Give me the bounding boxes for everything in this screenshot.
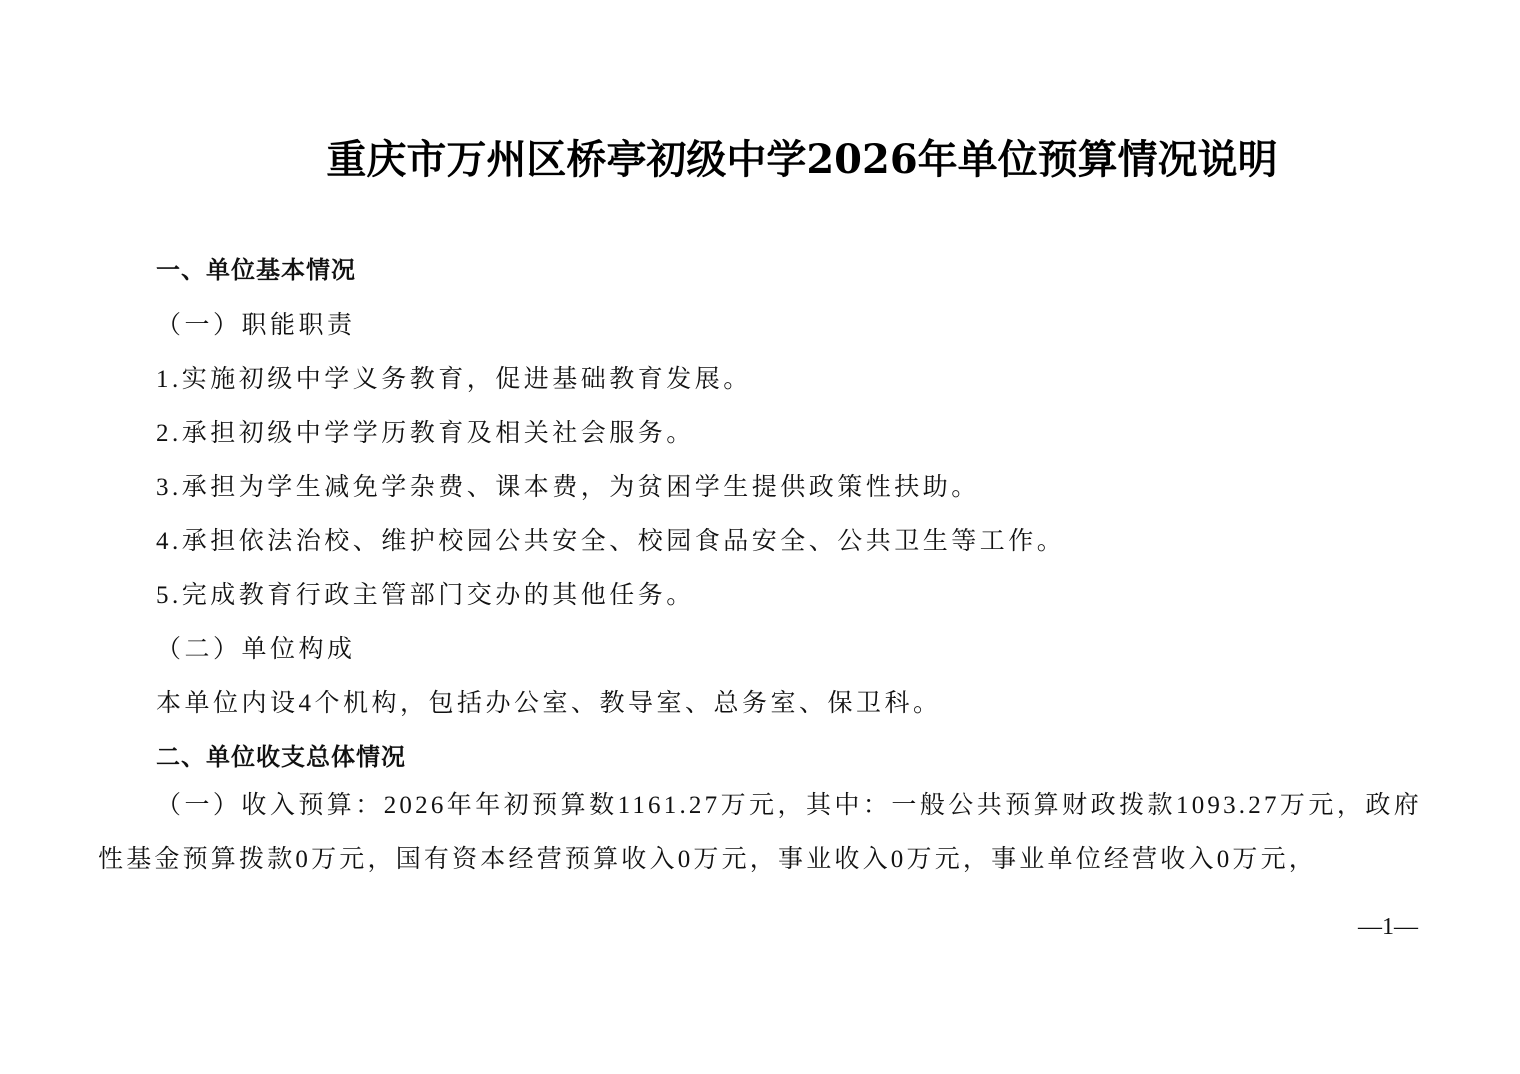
section-heading-income-expense: 二、单位收支总体情况 [156,737,406,772]
duty-item-1: 1.实施初级中学义务教育，促进基础教育发展。 [156,359,752,395]
page-number: —1— [1358,914,1418,941]
duty-item-2: 2.承担初级中学学历教育及相关社会服务。 [156,413,695,449]
duty-item-3: 3.承担为学生减免学杂费、课本费，为贫困学生提供政策性扶助。 [156,467,980,503]
income-budget-paragraph: （一）收入预算：2026年年初预算数1161.27万元，其中：一般公共预算财政拨… [98,779,1422,887]
composition-text: 本单位内设4个机构，包括办公室、教导室、总务室、保卫科。 [156,683,942,719]
document-page: 重庆市万州区桥亭初级中学2026年单位预算情况说明 一、单位基本情况 （一）职能… [0,0,1520,1074]
subsection-heading-composition: （二）单位构成 [156,629,356,665]
duty-item-5: 5.完成教育行政主管部门交办的其他任务。 [156,575,695,611]
document-title: 重庆市万州区桥亭初级中学2026年单位预算情况说明 [0,128,1520,185]
subsection-heading-duties: （一）职能职责 [156,305,356,341]
duty-item-4: 4.承担依法治校、维护校园公共安全、校园食品安全、公共卫生等工作。 [156,521,1065,557]
section-heading-basic-info: 一、单位基本情况 [156,250,356,285]
